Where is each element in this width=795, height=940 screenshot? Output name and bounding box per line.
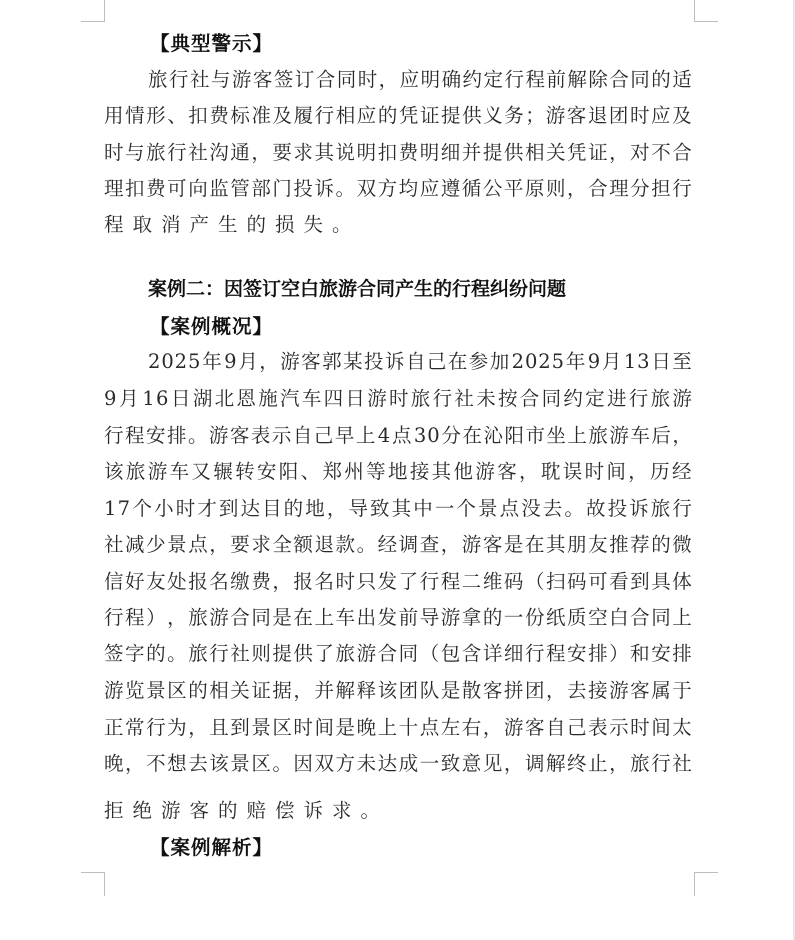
overview-paragraph-line: 签​ 字​ 的​ 。​ 旅​ 行​ 社​ 则​ 提​ 供​ 了​ 旅​ 游​ 合… <box>104 639 692 669</box>
corner-mark-top-left-vertical <box>104 0 105 22</box>
case-two-title: 案例二：因签订空白旅游合同产生的行程纠纷问题 <box>148 274 566 304</box>
corner-mark-bottom-left-horizontal <box>81 872 105 873</box>
overview-paragraph-line: 拒绝游客的赔偿诉求。 <box>104 796 692 826</box>
overview-paragraph-line: 社​ 减​ 少​ 景​ 点​ ，​ 要​ 求​ 全​ 额​ 退​ 款​ 。​ 经… <box>104 530 692 560</box>
warning-paragraph-line: 用​ 情​ 形​ 、​ 扣​ 费​ 标​ 准​ 及​ 履​ 行​ 相​ 应​ 的… <box>104 101 692 131</box>
overview-paragraph-line: 正​ 常​ 行​ 为​ ，​ 且​ 到​ 景​ 区​ 时​ 间​ 是​ 晚​ 上… <box>104 713 692 743</box>
case-overview-heading: 【案例概况】 <box>150 312 273 342</box>
warning-paragraph-line: 旅​ 行​ 社​ 与​ 游​ 客​ 签​ 订​ 合​ 同​ 时​ ，​ 应​ 明… <box>148 65 692 95</box>
case-analysis-heading: 【案例解析】 <box>150 833 273 863</box>
corner-mark-bottom-right-horizontal <box>694 872 718 873</box>
document-page: 【典型警示】 旅​ 行​ 社​ 与​ 游​ 客​ 签​ 订​ 合​ 同​ 时​ … <box>0 0 793 940</box>
corner-mark-top-left-horizontal <box>81 21 105 22</box>
warning-paragraph-line: 理​ 扣​ 费​ 可​ 向​ 监​ 管​ 部​ 门​ 投​ 诉​ 。​ 双​ 方… <box>104 174 692 204</box>
overview-paragraph-line: 信​ 好​ 友​ 处​ 报​ 名​ 缴​ 费​ ，​ 报​ 名​ 时​ 只​ 发… <box>104 567 692 597</box>
overview-paragraph-line: 9​ ​ 月​ ​ 1​ 6​ ​ 日​ 湖​ 北​ 恩​ 施​ 汽​ 车​ 四… <box>104 384 692 414</box>
overview-paragraph-line: 行​ 程​ ）​ ，​ 旅​ 游​ 合​ 同​ 是​ 在​ 上​ 车​ 出​ 发… <box>104 603 692 633</box>
corner-mark-bottom-left-vertical <box>104 872 105 896</box>
corner-mark-top-right-horizontal <box>694 21 718 22</box>
corner-mark-bottom-right-vertical <box>694 872 695 896</box>
overview-paragraph-line: 该​ 旅​ 游​ 车​ 又​ 辗​ 转​ 安​ 阳​ 、​ 郑​ 州​ 等​ 地… <box>104 457 692 487</box>
corner-mark-top-right-vertical <box>694 0 695 22</box>
overview-paragraph-line: 晚​ ，​ 不​ 想​ 去​ 该​ 景​ 区​ 。​ 因​ 双​ 方​ 未​ 达… <box>104 749 692 779</box>
overview-paragraph-line: 游​ 览​ 景​ 区​ 的​ 相​ 关​ 证​ 据​ ，​ 并​ 解​ 释​ 该… <box>104 676 692 706</box>
overview-paragraph-line: 2​ 0​ 2​ 5​ ​ 年​ ​ 9​ ​ 月​ ，​ 游​ 客​ 郭​ 某… <box>148 347 692 377</box>
warning-heading: 【典型警示】 <box>150 29 273 59</box>
overview-paragraph-line: 1​ 7​ ​ 个​ 小​ 时​ 才​ 到​ 达​ 目​ 的​ 地​ ，​ 导​… <box>104 494 692 524</box>
overview-paragraph-line: 行​ 程​ 安​ 排​ 。​ 游​ 客​ 表​ 示​ 自​ 己​ 早​ 上​ ​… <box>104 421 692 451</box>
warning-paragraph-line: 时​ 与​ 旅​ 行​ 社​ 沟​ 通​ ，​ 要​ 求​ 其​ 说​ 明​ 扣… <box>104 138 692 168</box>
warning-paragraph-line: 程取消产生的损失。 <box>104 210 692 240</box>
